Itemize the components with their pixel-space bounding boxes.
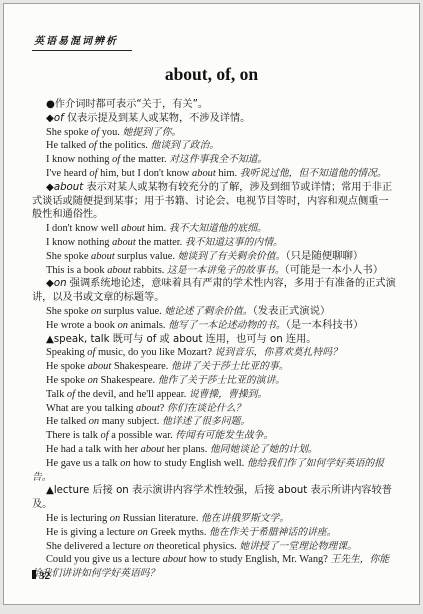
chinese-translation: 他讲了关于莎士比亚的事。 [171,361,289,372]
page-number-bar-icon [32,570,36,579]
chinese-translation: 她论述了剩余价值。 [164,306,252,317]
chinese-translation: 他在作关于希腊神话的讲座。 [209,527,336,538]
chinese-translation: 他详述了很多问题。 [162,416,250,427]
text-line-ex: He is lecturing on Russian literature. 他… [32,512,396,526]
text-line-triangle: ▲speak, talk 既可与 of 或 about 连用，也可与 on 连用… [32,333,396,347]
text-line-dot: ●作介词时都可表示“关于，有关”。 [32,98,396,112]
text-line-triangle: ▲lecture 后接 on 表示演讲内容学术性较强，后接 about 表示所讲… [32,484,396,512]
chinese-translation: 她讲授了一堂理论物理课。 [239,541,357,552]
chinese-translation: 传闻有可能发生战争。 [175,430,273,441]
text-line-ex: Talk of the devil, and he'll appear. 说曹操… [32,388,396,402]
chinese-translation: 你们在谈论什么？ [167,403,245,414]
text-line-ex: Could you give us a lecture about how to… [32,553,396,581]
text-line-ex: I've heard of him, but I don't know abou… [32,167,396,181]
text-line-ex: I know nothing of the matter. 对这件事我全不知道。 [32,153,396,167]
text-line-ex: He talked of the politics. 他谈到了政治。 [32,139,396,153]
text-line-ex: I know nothing about the matter. 我不知道这事的… [32,236,396,250]
chinese-translation: 他同她谈论了她的计划。 [210,444,318,455]
chinese-translation: 说曹操，曹操到。 [189,389,267,400]
page-footer: 32 [32,570,50,582]
chinese-translation: 说到音乐，你喜欢莫扎特吗？ [215,347,342,358]
text-line-diamond: ◆about 表示对某人或某物有较充分的了解，涉及到细节或详情；常用于非正式谈话… [32,181,396,222]
text-line-ex: He spoke about Shakespeare. 他讲了关于莎士比亚的事。 [32,360,396,374]
text-line-ex: Speaking of music, do you like Mozart? 说… [32,346,396,360]
chinese-translation: 他写了一本论述动物的书。 [168,320,286,331]
chinese-translation: 我听说过他，但不知道他的情况。 [240,168,387,179]
chinese-translation: 他给我们作了如何学好英语的报告。 [32,458,384,483]
text-line-ex: She spoke on surplus value. 她论述了剩余价值。（发表… [32,305,396,319]
text-line-diamond: ◆of 仅表示提及到某人或某物，不涉及详情。 [32,112,396,126]
book-page: 英语易混词辨析 about, of, on ●作介词时都可表示“关于，有关”。◆… [3,3,420,605]
series-header: 英语易混词辨析 [32,32,132,51]
entry-title: about, of, on [4,64,419,85]
text-line-ex: She spoke of you. 她提到了你。 [32,126,396,140]
chinese-translation: 我不知道这事的内情。 [185,237,283,248]
chinese-translation: 他在讲俄罗斯文学。 [201,513,289,524]
chinese-translation: 对这件事我全不知道。 [169,154,267,165]
page-number: 32 [39,570,50,582]
text-line-ex: This is a book about rabbits. 这是一本讲兔子的故事… [32,264,396,278]
chinese-translation: 她谈到了有关剩余价值。 [178,251,286,262]
text-line-ex: What are you talking about? 你们在谈论什么？ [32,402,396,416]
text-line-ex: He spoke on Shakespeare. 他作了关于莎士比亚的演讲。 [32,374,396,388]
chinese-translation: 他谈到了政治。 [150,140,219,151]
text-line-ex: She spoke about surplus value. 她谈到了有关剩余价… [32,250,396,264]
chinese-translation: 这是一本讲兔子的故事书。 [167,265,285,276]
chinese-translation: 王先生，你能给我们讲讲如何学好英语吗？ [32,554,389,579]
text-line-ex: He gave us a talk on how to study Englis… [32,457,396,485]
chinese-translation: 她提到了你。 [123,127,182,138]
entry-body: ●作介词时都可表示“关于，有关”。◆of 仅表示提及到某人或某物，不涉及详情。S… [4,98,419,581]
text-line-diamond: ◆on 强调系统地论述，意味着具有严肃的学术性内容，多用于有准备的正式演讲，以及… [32,277,396,305]
text-line-ex: He talked on many subject. 他详述了很多问题。 [32,415,396,429]
text-line-ex: He wrote a book on animals. 他写了一本论述动物的书。… [32,319,396,333]
text-line-ex: He is giving a lecture on Greek myths. 他… [32,526,396,540]
text-line-ex: She delivered a lecture on theoretical p… [32,540,396,554]
text-line-ex: I don't know well about him. 我不大知道他的底细。 [32,222,396,236]
chinese-translation: 他作了关于莎士比亚的演讲。 [158,375,285,386]
chinese-translation: 我不大知道他的底细。 [169,223,267,234]
text-line-ex: There is talk of a possible war. 传闻有可能发生… [32,429,396,443]
text-line-ex: He had a talk with her about her plans. … [32,443,396,457]
